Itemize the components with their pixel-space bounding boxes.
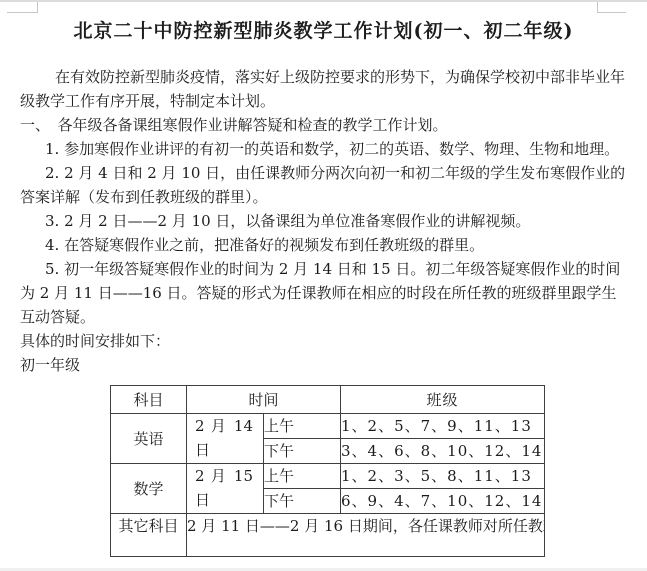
header-classes: 班级 — [341, 386, 545, 414]
plan-item-3: 3. 2 月 2 日——2 月 10 日，以备课组为单位准备寒假作业的讲解视频。 — [20, 209, 627, 233]
table-row-other-subjects: 其它科目 2 月 11 日——2 月 16 日期间，各任课教师对所任教班 — [111, 514, 545, 557]
date-line-1: 2 月 14 — [187, 414, 263, 438]
schedule-table: 科目 时间 班级 英语 2 月 14 日 上午 1、2、5、7、9、11、13 … — [110, 385, 545, 557]
header-subject: 科目 — [111, 386, 187, 414]
plan-item-1: 1. 参加寒假作业讲评的有初一的英语和数学，初二的英语、数学、物理、生物和地理。 — [20, 137, 627, 161]
page-top-edge — [0, 0, 647, 2]
table-header-row: 科目 时间 班级 — [111, 386, 545, 414]
crop-mark-top-right-icon — [597, 2, 626, 13]
period-cell: 下午 — [264, 439, 341, 464]
schedule-intro: 具体的时间安排如下： — [20, 329, 627, 353]
subject-cell: 数学 — [111, 464, 187, 514]
document-body: 在有效防控新型肺炎疫情，落实好上级防控要求的形势下，为确保学校初中部非毕业年级教… — [0, 65, 647, 557]
date-cell: 2 月 15 日 — [187, 464, 264, 514]
classes-cell: 3、4、6、8、10、12、14 — [341, 439, 545, 464]
subject-cell: 其它科目 — [111, 514, 187, 557]
header-time: 时间 — [187, 386, 341, 414]
table-row: 数学 2 月 15 日 上午 1、2、3、5、8、11、13 — [111, 464, 545, 489]
classes-cell: 1、2、5、7、9、11、13 — [341, 414, 545, 439]
plan-item-2: 2. 2 月 4 日和 2 月 10 日，由任课教师分两次向初一和初二年级的学生… — [20, 161, 627, 209]
grade-label: 初一年级 — [20, 353, 627, 377]
classes-cell: 1、2、3、5、8、11、13 — [341, 464, 545, 489]
date-line-1: 2 月 15 — [187, 464, 263, 488]
other-subjects-note: 2 月 11 日——2 月 16 日期间，各任课教师对所任教班 — [187, 514, 545, 557]
period-cell: 上午 — [264, 464, 341, 489]
crop-mark-top-left-icon — [7, 2, 38, 13]
plan-item-4: 4. 在答疑寒假作业之前，把准备好的视频发布到任教班级的群里。 — [20, 233, 627, 257]
subject-cell: 英语 — [111, 414, 187, 464]
document-page: 北京二十中防控新型肺炎教学工作计划(初一、初二年级) 在有效防控新型肺炎疫情，落… — [0, 0, 647, 571]
date-line-2: 日 — [187, 488, 263, 512]
table-row: 英语 2 月 14 日 上午 1、2、5、7、9、11、13 — [111, 414, 545, 439]
page-title: 北京二十中防控新型肺炎教学工作计划(初一、初二年级) — [0, 16, 647, 43]
section-heading: 一、 各年级各备课组寒假作业讲解答疑和检查的教学工作计划。 — [20, 113, 627, 137]
intro-paragraph: 在有效防控新型肺炎疫情，落实好上级防控要求的形势下，为确保学校初中部非毕业年级教… — [20, 65, 627, 113]
classes-cell: 6、9、4、7、10、12、14 — [341, 489, 545, 514]
period-cell: 上午 — [264, 414, 341, 439]
date-line-2: 日 — [187, 438, 263, 462]
plan-item-5: 5. 初一年级答疑寒假作业的时间为 2 月 14 日和 15 日。初二年级答疑寒… — [20, 257, 627, 329]
date-cell: 2 月 14 日 — [187, 414, 264, 464]
period-cell: 下午 — [264, 489, 341, 514]
